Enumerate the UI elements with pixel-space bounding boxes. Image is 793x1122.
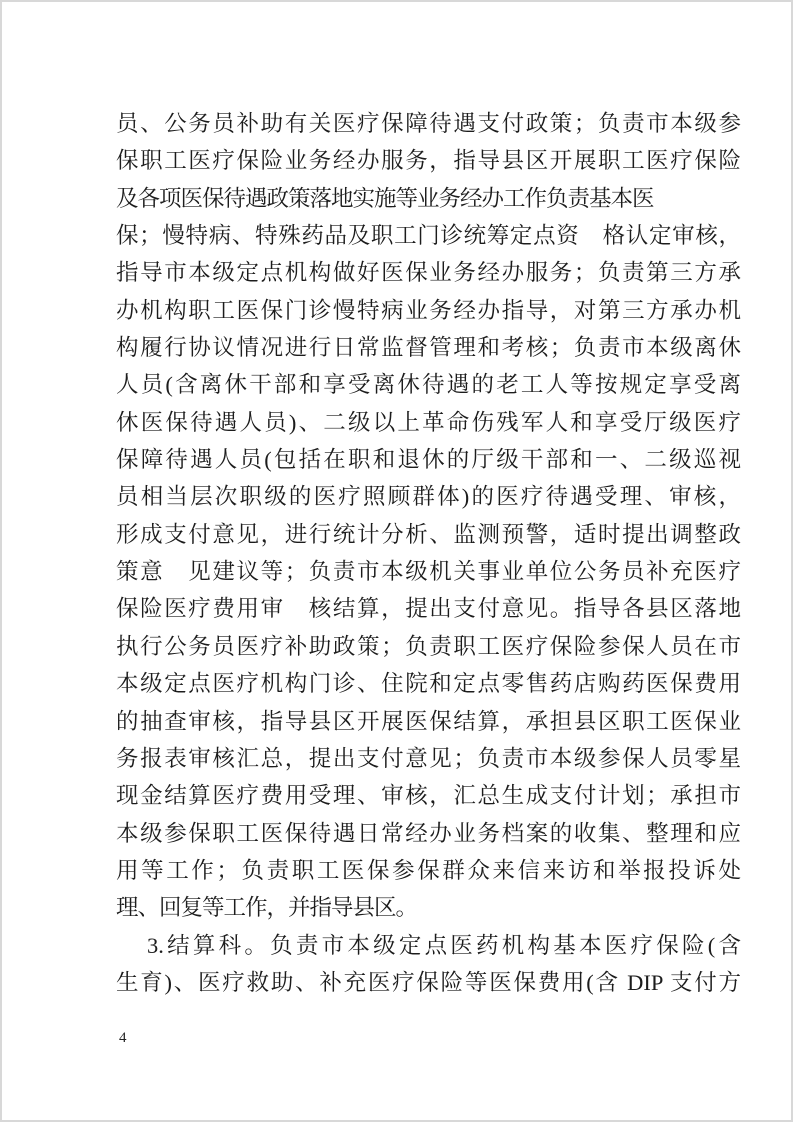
- text-line: 员相当层次职级的医疗照顾群体)的医疗待遇受理、审核，: [116, 478, 741, 515]
- text-line: 形成支付意见，进行统计分析、监测预警，适时提出调整政: [116, 516, 741, 553]
- text-line: 本级参保职工医保待遇日常经办业务档案的收集、整理和应: [116, 815, 741, 852]
- text-line: 及各项医保待遇政策落地实施等业务经办工作负责基本医: [116, 180, 741, 217]
- page-number: 4: [119, 1028, 127, 1048]
- paragraph-settlement-section: 3.结算科。负责市本级定点医药机构基本医疗保险(含 生育)、医疗救助、补充医疗保…: [116, 927, 741, 1002]
- text-line: 3.结算科。负责市本级定点医药机构基本医疗保险(含: [116, 927, 741, 964]
- text-line: 指导市本级定点机构做好医保业务经办服务；负责第三方承: [116, 254, 741, 291]
- text-line: 构履行协议情况进行日常监督管理和考核；负责市本级离休: [116, 329, 741, 366]
- text-line: 执行公务员医疗补助政策；负责职工医疗保险参保人员在市: [116, 628, 741, 665]
- text-line: 生育)、医疗救助、补充医疗保险等医保费用(含 DIP 支付方: [116, 964, 741, 1001]
- text-line: 务报表审核汇总，提出支付意见；负责市本级参保人员零星: [116, 740, 741, 777]
- document-page: 员、公务员补助有关医疗保障待遇支付政策；负责市本级参 保职工医疗保险业务经办服务…: [0, 0, 793, 1122]
- text-line: 本级定点医疗机构门诊、住院和定点零售药店购药医保费用: [116, 665, 741, 702]
- text-line: 策意 见建议等；负责市本级机关事业单位公务员补充医疗: [116, 553, 741, 590]
- text-line: 的抽查审核，指导县区开展医保结算，承担县区职工医保业: [116, 703, 741, 740]
- text-line: 休医保待遇人员)、二级以上革命伤残军人和享受厅级医疗: [116, 404, 741, 441]
- text-line: 办机构职工医保门诊慢特病业务经办指导，对第三方承办机: [116, 292, 741, 329]
- text-line: 用等工作；负责职工医保参保群众来信来访和举报投诉处: [116, 852, 741, 889]
- text-line: 现金结算医疗费用受理、审核，汇总生成支付计划；承担市: [116, 777, 741, 814]
- document-body: 员、公务员补助有关医疗保障待遇支付政策；负责市本级参 保职工医疗保险业务经办服务…: [116, 105, 741, 1001]
- text-line: 保障待遇人员(包括在职和退休的厅级干部和一、二级巡视: [116, 441, 741, 478]
- paragraph-continuation: 员、公务员补助有关医疗保障待遇支付政策；负责市本级参 保职工医疗保险业务经办服务…: [116, 105, 741, 927]
- text-line: 理、回复等工作，并指导县区。: [116, 889, 741, 926]
- text-line: 员、公务员补助有关医疗保障待遇支付政策；负责市本级参: [116, 105, 741, 142]
- text-line: 保险医疗费用审 核结算，提出支付意见。指导各县区落地: [116, 590, 741, 627]
- text-line: 保；慢特病、特殊药品及职工门诊统筹定点资 格认定审核，: [116, 217, 741, 254]
- text-line: 人员(含离休干部和享受离休待遇的老工人等按规定享受离: [116, 366, 741, 403]
- text-line: 保职工医疗保险业务经办服务，指导县区开展职工医疗保险: [116, 142, 741, 179]
